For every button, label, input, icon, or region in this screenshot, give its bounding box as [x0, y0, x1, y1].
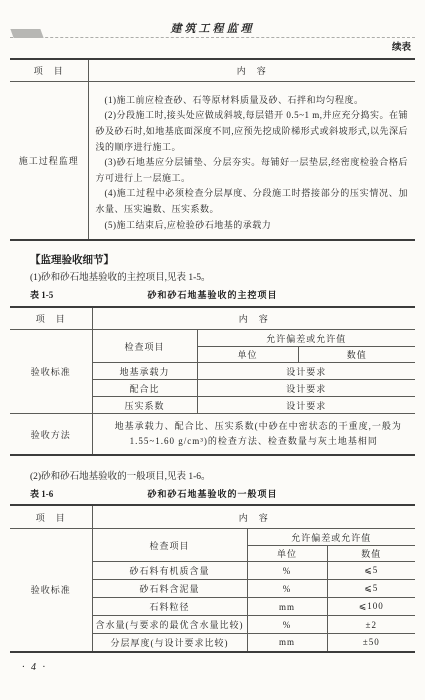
column-header-item: 项 目 [10, 59, 88, 82]
table-row: 验收方法 地基承载力、配合比、压实系数(中砂在中密状态的干重度,一般为1.55~… [10, 414, 415, 456]
table-1-5: 项 目 内 容 验收标准 检查项目 允许偏差或允许值 单位 数值 地基承载力 设… [10, 306, 415, 456]
check-item-unit: mm [247, 598, 327, 616]
table-1-5-caption-title: 砂和砂石地基验收的主控项目 [10, 289, 415, 302]
acceptance-standard-label: 验收标准 [10, 529, 92, 652]
column-header-content: 内 容 [92, 505, 415, 529]
process-step-2: (2)分段施工时,接头处应做成斜坡,每层错开 0.5~1 m,并应充分捣实。在铺… [96, 108, 409, 155]
table-header-row: 项 目 内 容 [10, 59, 415, 82]
table-1-6-caption-title: 砂和砂石地基验收的一般项目 [10, 488, 415, 501]
table-1-6: 项 目 内 容 验收标准 检查项目 允许偏差或允许值 单位 数值 砂石料有机质含… [10, 504, 415, 653]
check-item-name: 砂石料含泥量 [92, 580, 247, 598]
acceptance-method-text: 地基承载力、配合比、压实系数(中砂在中密状态的干重度,一般为1.55~1.60 … [92, 414, 415, 456]
check-item-value: ±2 [327, 616, 415, 634]
book-page: 建筑工程监理 续表 项 目 内 容 施工过程监理 (1)施工前应检查砂、石等原材… [0, 0, 425, 700]
column-header-content: 内 容 [92, 307, 415, 330]
check-item-header: 检查项目 [92, 529, 247, 562]
acceptance-method-label: 验收方法 [10, 414, 92, 456]
value-header: 数值 [298, 347, 415, 363]
table-1-5-caption: 表 1-5 砂和砂石地基验收的主控项目 [10, 289, 415, 302]
column-header-item: 项 目 [10, 505, 92, 529]
table-subheader-row: 验收标准 检查项目 允许偏差或允许值 [10, 330, 415, 347]
check-item-value: ±50 [327, 634, 415, 652]
section-paragraph-1: (1)砂和砂石地基验收的主控项目,见表 1-5。 [30, 271, 415, 285]
check-item-value: ⩽100 [327, 598, 415, 616]
table-1-6-caption-label: 表 1-6 [30, 488, 53, 501]
check-item-name: 分层厚度(与设计要求比较) [92, 634, 247, 652]
check-item-name: 地基承载力 [92, 363, 197, 380]
check-item-value: 设计要求 [197, 397, 415, 414]
check-item-name: 压实系数 [92, 397, 197, 414]
process-step-5: (5)施工结束后,应检验砂石地基的承载力 [96, 218, 409, 234]
continued-table-row: 续表 [10, 42, 411, 54]
check-item-unit: mm [247, 634, 327, 652]
table-header-row: 项 目 内 容 [10, 307, 415, 330]
section-heading: 【监理验收细节】 [30, 254, 415, 268]
check-item-value: 设计要求 [197, 363, 415, 380]
check-item-name: 石料粒径 [92, 598, 247, 616]
column-header-content: 内 容 [88, 59, 415, 82]
process-step-3: (3)砂石地基应分层铺垫、分层夯实。每铺好一层垫层,经密度检验合格后方可进行上一… [96, 155, 409, 186]
value-header: 数值 [327, 546, 415, 562]
section-paragraph-2: (2)砂和砂石地基验收的一般项目,见表 1-6。 [30, 470, 415, 484]
check-item-header: 检查项目 [92, 330, 197, 363]
check-item-unit: % [247, 616, 327, 634]
row-label-process-supervision: 施工过程监理 [10, 82, 88, 241]
check-item-value: 设计要求 [197, 380, 415, 397]
check-item-name: 砂石料有机质含量 [92, 562, 247, 580]
check-item-name: 配合比 [92, 380, 197, 397]
unit-header: 单位 [247, 546, 327, 562]
table-1-6-caption: 表 1-6 砂和砂石地基验收的一般项目 [10, 488, 415, 501]
check-item-value: ⩽5 [327, 580, 415, 598]
construction-process-table: 项 目 内 容 施工过程监理 (1)施工前应检查砂、石等原材料质量及砂、石拌和均… [10, 58, 415, 241]
tolerance-header: 允许偏差或允许值 [197, 330, 415, 347]
tolerance-header: 允许偏差或允许值 [247, 529, 415, 546]
table-row: 施工过程监理 (1)施工前应检查砂、石等原材料质量及砂、石拌和均匀程度。 (2)… [10, 82, 415, 241]
continued-table-label: 续表 [392, 43, 411, 53]
table-subheader-row: 验收标准 检查项目 允许偏差或允许值 [10, 529, 415, 546]
column-header-item: 项 目 [10, 307, 92, 330]
unit-header: 单位 [197, 347, 298, 363]
process-step-4: (4)施工过程中必须检查分层厚度、分段施工时搭接部分的压实情况、加水量、压实遍数… [96, 186, 409, 217]
check-item-name: 含水量(与要求的最优含水量比较) [92, 616, 247, 634]
process-step-1: (1)施工前应检查砂、石等原材料质量及砂、石拌和均匀程度。 [96, 93, 409, 109]
table-1-5-caption-label: 表 1-5 [30, 289, 53, 302]
check-item-unit: % [247, 580, 327, 598]
running-head: 建筑工程监理 [10, 22, 415, 38]
running-head-title: 建筑工程监理 [10, 20, 415, 36]
table-header-row: 项 目 内 容 [10, 505, 415, 529]
process-supervision-content: (1)施工前应检查砂、石等原材料质量及砂、石拌和均匀程度。 (2)分段施工时,接… [88, 82, 415, 241]
check-item-unit: % [247, 562, 327, 580]
acceptance-standard-label: 验收标准 [10, 330, 92, 414]
page-number: · 4 · [22, 662, 415, 673]
check-item-value: ⩽5 [327, 562, 415, 580]
